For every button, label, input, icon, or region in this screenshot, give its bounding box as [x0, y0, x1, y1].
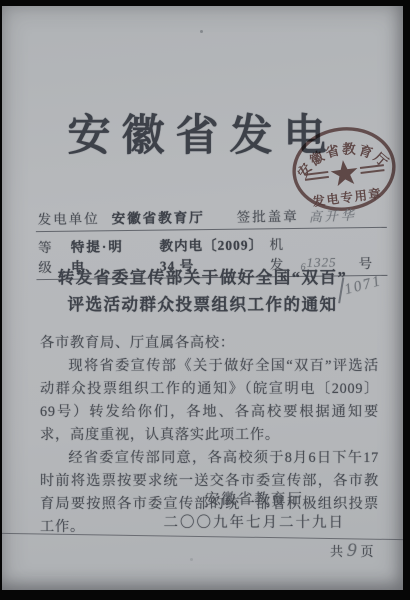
handwritten-signer-name: 高开华	[308, 204, 357, 225]
sender-label: 发电单位	[38, 207, 100, 228]
star-icon	[330, 158, 360, 186]
paper-speck	[190, 558, 193, 561]
notice-title-line2: 评选活动群众投票组织工作的通知	[2, 291, 403, 318]
paper-speck	[350, 180, 353, 183]
body-paragraph-1: 现将省委宣传部《关于做好全国“双百”评选活动群众投票组织工作的通知》（皖宣明电〔…	[40, 355, 379, 447]
paper-speck	[200, 30, 203, 33]
field-row-sender: 发电单位 安徽省教育厅 签批盖章 高开华	[36, 200, 387, 232]
issuing-authority: 安徽省教育厅	[164, 489, 346, 512]
issue-date: 二〇〇九年七月二十九日	[164, 512, 346, 535]
page-count-suffix: 页	[361, 544, 376, 559]
sign-label: 签批盖章	[237, 205, 299, 226]
page-count-prefix: 共	[330, 544, 345, 559]
page-count: 共9页	[330, 540, 376, 562]
scanned-telegram-page: 安徽省发电 安徽省教育厅 发电专用章 发电单位 安徽省教育厅 签批盖	[2, 6, 403, 590]
handwritten-page-number: 9	[346, 540, 359, 563]
salutation: 各市教育局、厅直属各高校：	[40, 332, 379, 355]
photo-of-document: { "document": { "masthead": "安徽省发电", "st…	[0, 0, 410, 600]
notice-title-line1: 转发省委宣传部关于做好全国“双百”	[2, 264, 403, 291]
sender-value: 安徽省教育厅	[112, 206, 205, 227]
signature-block: 安徽省教育厅 二〇〇九年七月二十九日	[164, 489, 346, 535]
notice-title: 转发省委宣传部关于做好全国“双百” 评选活动群众投票组织工作的通知	[2, 264, 403, 318]
